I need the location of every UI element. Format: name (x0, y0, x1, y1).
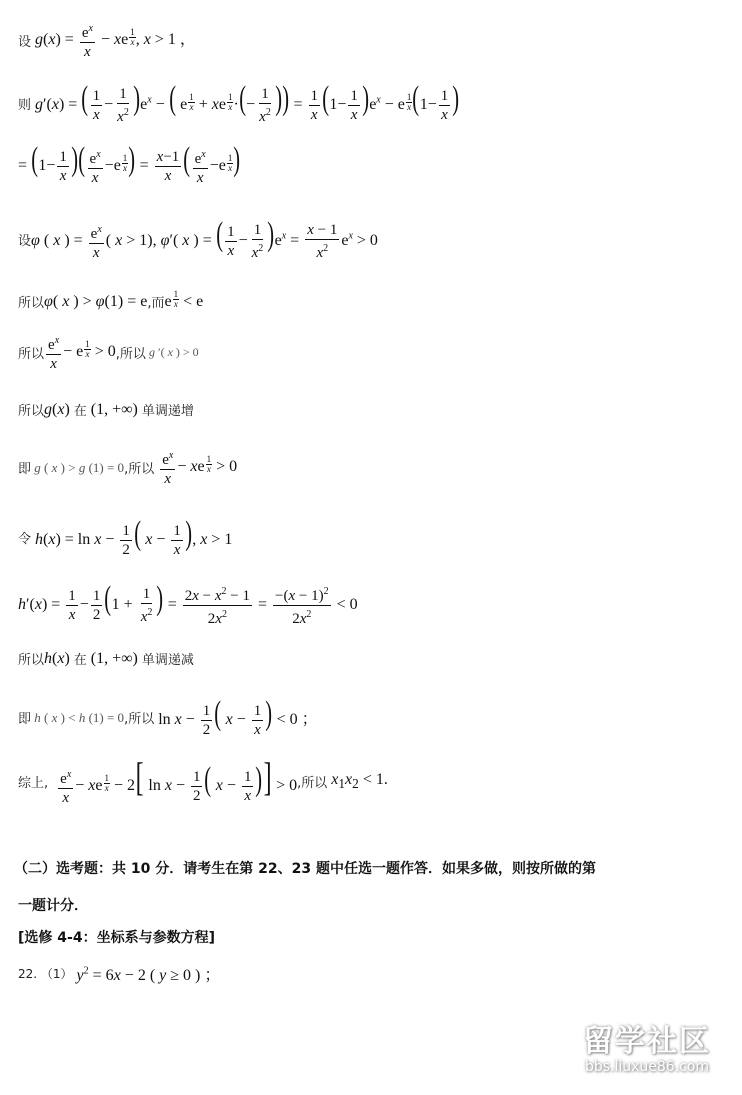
label-ji-2: 即 (18, 708, 31, 727)
line-g-gt-zero: 即 g ( x ) > g (1) = 0 ,所以 exx− xe1x > 0 (18, 447, 237, 488)
label-suoyi-2: 所以 (18, 343, 44, 362)
math-g-prime: g′(x) = (1x−1x2)ex − ( e1x + xe1x·(−1x2)… (31, 82, 460, 126)
math-x1x2: x1x2 < 1. (327, 771, 388, 792)
line-define-phi: 设 φ ( x ) = exx( x > 1), φ′( x ) = (1x−1… (18, 218, 378, 262)
math-h-prime: h′(x) = 1x−12(1 + 1x2) = 2x − x2 − 12x2 … (18, 582, 358, 628)
line-phi-gt-e: 所以 φ( x ) > φ(1) = e ,而 e1x < e (18, 285, 203, 318)
label-suoyi-comma-4: ,所以 (297, 772, 327, 791)
watermark-url: bbs.liuxue86.com (572, 1059, 722, 1075)
line-conclusion: 综上, exx− xe1x − 2[ ln x − 12( x − 1x)] >… (18, 757, 388, 807)
line-h-decreasing: 所以 h(x) 在 (1, +∞) 单调递减 (18, 649, 194, 668)
label-suoyi-comma-2: ,所以 (124, 458, 154, 477)
label-she: 设 (18, 31, 31, 50)
label-zai-2: 在 (74, 649, 87, 668)
question-22: 22. （1） y2 = 6x − 2 ( y ≥ 0 ) ； (18, 962, 220, 985)
math-g-prime-pos: g ′( x ) > 0 (146, 345, 199, 360)
math-conclusion: exx− xe1x − 2[ ln x − 12( x − 1x)] > 0 (48, 757, 297, 807)
label-suoyi-comma: ,所以 (116, 343, 146, 362)
math-diff-positive: exx− e1x > 0 (44, 332, 116, 373)
label-zongshang: 综上, (18, 772, 48, 791)
math-e-ineq: e1x < e (164, 293, 203, 318)
line-h-lt-zero: 即 h ( x ) < h (1) = 0 ,所以 ln x − 12( x −… (18, 697, 318, 739)
math-g-gt-g1: g ( x ) > g (1) = 0 (31, 460, 124, 476)
line-g-increasing: 所以 g(x) 在 (1, +∞) 单调递增 (18, 400, 194, 419)
label-she-2: 设 (18, 230, 31, 249)
label-zai: 在 (74, 400, 87, 419)
math-g-x: g(x) (44, 401, 74, 419)
label-suoyi-4: 所以 (18, 649, 44, 668)
label-increasing: 单调递增 (142, 400, 194, 419)
math-phi-ineq: φ( x ) > φ(1) = e (44, 293, 147, 311)
math-h-lt-h1: h ( x ) < h (1) = 0 (31, 710, 124, 726)
section-heading-line1: （二）选考题：共 10 分．请考生在第 22、23 题中任选一题作答．如果多做，… (14, 858, 596, 878)
label-ji: 即 (18, 458, 31, 477)
label-suoyi: 所以 (18, 292, 44, 311)
label-suoyi-3: 所以 (18, 400, 44, 419)
line-g-derivative: 则 g′(x) = (1x−1x2)ex − ( e1x + xe1x·(−1x… (18, 82, 460, 126)
label-er: ,而 (147, 292, 164, 311)
line-h-derivative: h′(x) = 1x−12(1 + 1x2) = 2x − x2 − 12x2 … (18, 582, 358, 628)
math-interval-2: (1, +∞) (87, 650, 142, 668)
math-h-x: h(x) (44, 650, 74, 668)
math-interval: (1, +∞) (87, 401, 142, 419)
section-heading-text-2: 一题计分． (18, 895, 88, 915)
q22-prefix: 22. （1） (18, 965, 73, 982)
label-ze: 则 (18, 94, 31, 113)
section-heading-line2: 一题计分． (18, 895, 88, 915)
watermark-name: 留学社区 (572, 1025, 722, 1059)
label-suoyi-comma-3: ,所以 (124, 708, 154, 727)
label-decreasing: 单调递减 (142, 649, 194, 668)
line-define-g: 设 g(x) = exx − xe1x, x > 1 ， (18, 20, 196, 61)
line-define-h: 令 h(x) = ln x − 12( x − 1x), x > 1 (18, 517, 232, 559)
line-diff-positive: 所以 exx− e1x > 0 ,所以 g ′( x ) > 0 (18, 332, 199, 373)
math-g-def: g(x) = exx − xe1x, x > 1 ， (31, 20, 196, 61)
math-g-prime-simplified: = (1−1x)(exx−e1x) = x−1x(exx−e1x) (18, 143, 241, 187)
line-g-prime-simplified: = (1−1x)(exx−e1x) = x−1x(exx−e1x) (18, 143, 241, 187)
q22-answer: y2 = 6x − 2 ( y ≥ 0 ) ； (73, 962, 221, 985)
math-g-expr-pos: exx− xe1x > 0 (154, 447, 237, 488)
section-subheading: [选修 4-4：坐标系与参数方程] (18, 927, 215, 947)
watermark-logo: 留学社区 bbs.liuxue86.com (572, 1025, 722, 1085)
math-ln-ineq: ln x − 12( x − 1x) < 0 ； (154, 697, 317, 739)
section-heading-text-1: （二）选考题：共 10 分．请考生在第 22、23 题中任选一题作答．如果多做，… (14, 858, 596, 878)
math-h-def: h(x) = ln x − 12( x − 1x), x > 1 (31, 517, 232, 559)
math-phi-def: φ ( x ) = exx( x > 1), φ′( x ) = (1x−1x2… (31, 218, 378, 262)
subheading-text: [选修 4-4：坐标系与参数方程] (18, 927, 215, 947)
label-ling: 令 (18, 528, 31, 547)
